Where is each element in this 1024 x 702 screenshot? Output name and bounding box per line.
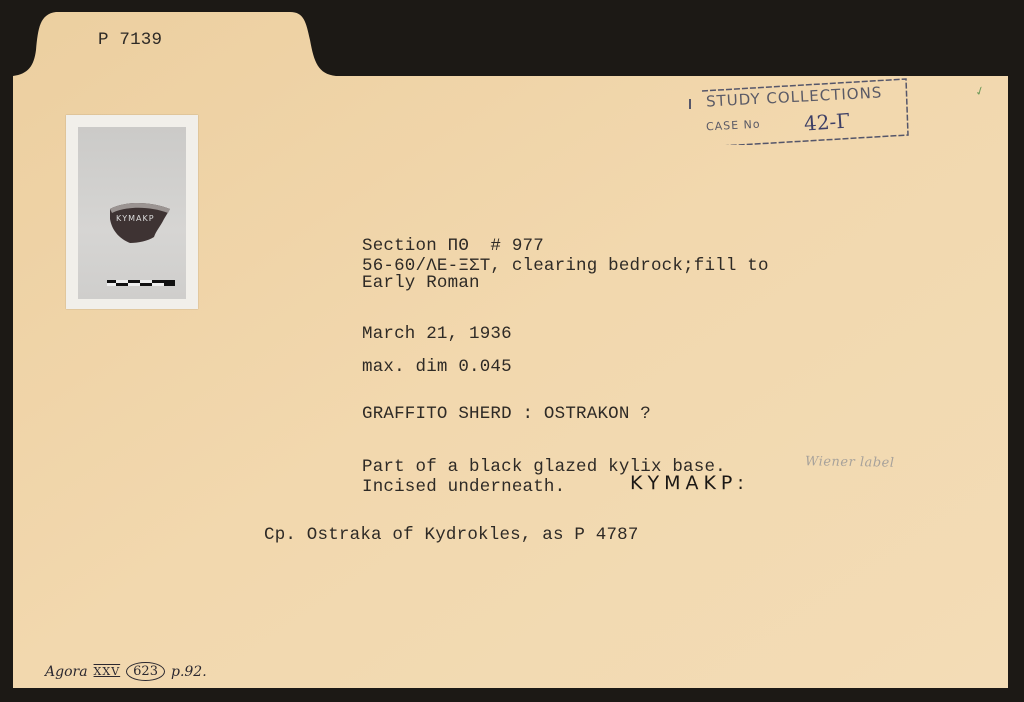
svg-text:ΚΥΜΑΚΡ: ΚΥΜΑΚΡ xyxy=(116,214,155,223)
catalog-number: P 7139 xyxy=(98,32,162,49)
context-line-2: Early Roman xyxy=(362,275,480,292)
page-ref: p.92. xyxy=(171,664,207,680)
description-line-2: Incised underneath. xyxy=(362,479,565,496)
dimension: max. dim 0.045 xyxy=(362,359,512,376)
volume: XXV xyxy=(94,665,121,678)
section-line: Section ΠΘ # 977 xyxy=(362,238,544,255)
sherd-image: ΚΥΜΑΚΡ xyxy=(78,127,186,299)
item-number: 623 xyxy=(126,662,165,681)
scale-bar xyxy=(107,280,175,286)
comparison-note: Cp. Ostraka of Kydrokles, as P 4787 xyxy=(264,527,639,544)
sherd-photo: ΚΥΜΑΚΡ xyxy=(66,115,198,309)
publication-name: Agora xyxy=(45,664,88,680)
pencil-note: Wiener label xyxy=(805,454,895,471)
study-collections-stamp: STUDY COLLECTIONS CASE No 42-Γ xyxy=(686,77,912,145)
incised-inscription: ΚΥΜΑΚΡ: xyxy=(630,472,749,494)
object-title: GRAFFITO SHERD : OSTRAKON ? xyxy=(362,406,651,423)
date: March 21, 1936 xyxy=(362,326,512,343)
case-number: 42-Γ xyxy=(803,108,851,135)
publication-reference: Agora XXV 623 p.92. xyxy=(45,662,207,681)
